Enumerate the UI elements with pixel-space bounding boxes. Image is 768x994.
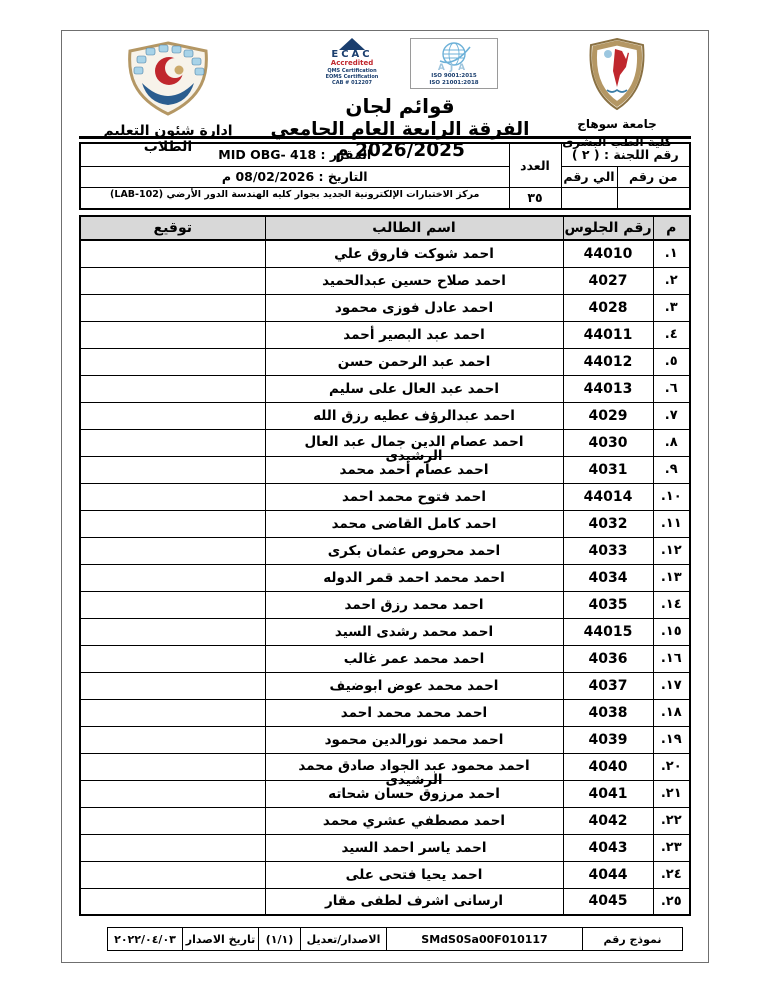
student-name-text: احمد مصطفي عشري محمد — [266, 813, 563, 829]
to-number-label: الي رقم — [561, 166, 617, 187]
seat-number-cell: 44013 — [563, 375, 653, 402]
student-name-cell: احمد فتوح محمد احمد — [265, 483, 563, 510]
seat-number-cell: 44012 — [563, 348, 653, 375]
signature-cell — [80, 267, 265, 294]
course-label: المقرر : — [321, 147, 372, 162]
seat-number-cell: 4027 — [563, 267, 653, 294]
date-cell: التاريخ : 08/02/2026 م — [80, 166, 509, 187]
signature-cell — [80, 618, 265, 645]
student-name-cell: ارسانى اشرف لطفى مقار — [265, 888, 563, 915]
table-row: ١٣. 4034 احمد محمد احمد قمر الدوله — [80, 564, 690, 591]
index-column-header: م — [653, 216, 690, 240]
count-value-cell: ٣٥ — [509, 187, 561, 209]
row-index-cell: ٢. — [653, 267, 690, 294]
committee-number-cell: رقم اللجنة : ( ٢ ) — [561, 143, 690, 166]
signature-cell — [80, 294, 265, 321]
from-number-label: من رقم — [617, 166, 690, 187]
student-name-cell: احمد ياسر احمد السيد — [265, 834, 563, 861]
page-header: جامعة سوهاج كلية الطب البشرى ECAC Accred… — [79, 31, 691, 136]
signature-cell — [80, 510, 265, 537]
student-name-text: احمد محمود عبد الجواد صادق محمد الرشيدى — [266, 759, 563, 788]
student-name-text: احمد عادل فوزى محمود — [266, 300, 563, 316]
row-index-cell: ٧. — [653, 402, 690, 429]
signature-cell — [80, 888, 265, 915]
row-index-cell: ٢٣. — [653, 834, 690, 861]
student-name-cell: احمد عصام الدين جمال عبد العال الرشيدى — [265, 429, 563, 456]
student-name-cell: احمد محمد احمد قمر الدوله — [265, 564, 563, 591]
student-name-text: احمد كامل القاضى محمد — [266, 516, 563, 532]
student-name-cell: احمد محمد عمر غالب — [265, 645, 563, 672]
student-name-text: احمد محمد احمد قمر الدوله — [266, 570, 563, 586]
course-code: MID OBG- 418 — [218, 147, 316, 162]
student-name-text: احمد محمد عوض ابوضيف — [266, 678, 563, 694]
row-index-cell: ٢٠. — [653, 753, 690, 780]
row-index-cell: ١٣. — [653, 564, 690, 591]
row-index-cell: ٢١. — [653, 780, 690, 807]
row-index-cell: ٦. — [653, 375, 690, 402]
student-name-cell: احمد عبد البصير أحمد — [265, 321, 563, 348]
student-name-text: احمد محمد محمد احمد — [266, 705, 563, 721]
row-index-cell: ٢٢. — [653, 807, 690, 834]
student-name-cell: احمد كامل القاضى محمد — [265, 510, 563, 537]
seat-number-cell: 44015 — [563, 618, 653, 645]
exam-center-cell: مركز الاختبارات الإلكترونية الجديد بجوار… — [80, 187, 509, 209]
students-tbody: ١. 44010 احمد شوكت فاروق علي ٢. 4027 احم… — [80, 240, 690, 915]
seat-number-cell: 4029 — [563, 402, 653, 429]
seat-number-cell: 4028 — [563, 294, 653, 321]
seat-number-cell: 4041 — [563, 780, 653, 807]
students-table: م رقم الجلوس اسم الطالب توقيع ١. 44010 ا… — [79, 215, 691, 916]
student-name-text: احمد شوكت فاروق علي — [266, 246, 563, 262]
seat-number-cell: 4039 — [563, 726, 653, 753]
row-index-cell: ١١. — [653, 510, 690, 537]
student-name-cell: احمد محمد عوض ابوضيف — [265, 672, 563, 699]
signature-cell — [80, 321, 265, 348]
seat-number-cell: 4036 — [563, 645, 653, 672]
signature-cell — [80, 564, 265, 591]
signature-cell — [80, 375, 265, 402]
ecac-subtitle: Accredited — [302, 60, 402, 68]
seat-number-cell: 4038 — [563, 699, 653, 726]
row-index-cell: ١٤. — [653, 591, 690, 618]
student-name-text: احمد محمد رزق احمد — [266, 597, 563, 613]
seat-number-cell: 4042 — [563, 807, 653, 834]
table-row: ١٩. 4039 احمد محمد نورالدين محمود — [80, 726, 690, 753]
table-row: ١١. 4032 احمد كامل القاضى محمد — [80, 510, 690, 537]
student-name-text: احمد محمد نورالدين محمود — [266, 732, 563, 748]
row-index-cell: ١٢. — [653, 537, 690, 564]
signature-cell — [80, 456, 265, 483]
row-index-cell: ١٨. — [653, 699, 690, 726]
table-row: ١٤. 4035 احمد محمد رزق احمد — [80, 591, 690, 618]
exam-center-code: (LAB-102) — [110, 189, 163, 200]
student-name-cell: احمد عبدالرؤف عطيه رزق الله — [265, 402, 563, 429]
row-index-cell: ١. — [653, 240, 690, 267]
table-row: ١٨. 4038 احمد محمد محمد احمد — [80, 699, 690, 726]
table-row: ١٧. 4037 احمد محمد عوض ابوضيف — [80, 672, 690, 699]
signature-cell — [80, 645, 265, 672]
table-row: ٢٥. 4045 ارسانى اشرف لطفى مقار — [80, 888, 690, 915]
signature-cell — [80, 240, 265, 267]
signature-cell — [80, 753, 265, 780]
issue-date-label: تاريخ الاصدار — [183, 928, 259, 951]
aja-line-2: ISO 21001:2018 — [413, 80, 495, 87]
seat-number-cell: 44010 — [563, 240, 653, 267]
table-row: ١. 44010 احمد شوكت فاروق علي — [80, 240, 690, 267]
row-index-cell: ١٥. — [653, 618, 690, 645]
signature-cell — [80, 834, 265, 861]
student-name-text: احمد عبد الرحمن حسن — [266, 354, 563, 370]
row-index-cell: ١٠. — [653, 483, 690, 510]
student-name-cell: احمد عادل فوزى محمود — [265, 294, 563, 321]
signature-cell — [80, 348, 265, 375]
issue-date-value: ٢٠٢٢/٠٤/٠٣ — [108, 928, 183, 951]
student-name-text: احمد محمد رشدى السيد — [266, 624, 563, 640]
student-name-cell: احمد محمد رشدى السيد — [265, 618, 563, 645]
ecac-line-3: CAB # 012207 — [302, 80, 402, 86]
student-name-text: احمد يحيا فتحى على — [266, 867, 563, 883]
seat-number-cell: 4030 — [563, 429, 653, 456]
seat-number-cell: 4044 — [563, 861, 653, 888]
student-name-cell: احمد محمد نورالدين محمود — [265, 726, 563, 753]
table-row: ٢٣. 4043 احمد ياسر احمد السيد — [80, 834, 690, 861]
student-name-text: احمد صلاح حسين عبدالحميد — [266, 273, 563, 289]
to-number-value — [561, 187, 617, 209]
signature-cell — [80, 402, 265, 429]
signature-cell — [80, 429, 265, 456]
row-index-cell: ٨. — [653, 429, 690, 456]
aja-iso-logo: AJA ISO 9001:2015 ISO 21001:2018 — [410, 38, 498, 89]
seat-number-cell: 4043 — [563, 834, 653, 861]
date-value: 08/02/2026 — [235, 169, 314, 184]
student-name-text: احمد عصام الدين جمال عبد العال الرشيدى — [266, 435, 563, 464]
header-center: ECAC Accredited QMS Certification EOMS C… — [257, 31, 543, 161]
seat-number-cell: 4033 — [563, 537, 653, 564]
student-name-cell: احمد صلاح حسين عبدالحميد — [265, 267, 563, 294]
seat-number-cell: 4037 — [563, 672, 653, 699]
aja-line-1: ISO 9001:2015 — [413, 73, 495, 80]
table-row: ١٢. 4033 احمد محروص عثمان بكرى — [80, 537, 690, 564]
signature-cell — [80, 591, 265, 618]
from-number-value — [617, 187, 690, 209]
table-row: ٦. 44013 احمد عبد العال على سليم — [80, 375, 690, 402]
form-footer-table: نموذج رقم SMdS0Sa00F010117 الاصدار/تعديل… — [107, 927, 683, 951]
student-name-text: احمد عبدالرؤف عطيه رزق الله — [266, 408, 563, 424]
table-row: ٣. 4028 احمد عادل فوزى محمود — [80, 294, 690, 321]
row-index-cell: ٩. — [653, 456, 690, 483]
faculty-medicine-logo-icon — [122, 102, 214, 121]
signature-cell — [80, 807, 265, 834]
student-name-text: احمد عبد العال على سليم — [266, 381, 563, 397]
seat-number-cell: 4040 — [563, 753, 653, 780]
exam-center-text: مركز الاختبارات الإلكترونية الجديد بجوار… — [166, 189, 479, 200]
seat-number-cell: 4045 — [563, 888, 653, 915]
seat-column-header: رقم الجلوس — [563, 216, 653, 240]
student-name-cell: احمد محمود عبد الجواد صادق محمد الرشيدى — [265, 753, 563, 780]
admin-block: إدارة شئون التعليم الطلاب — [79, 31, 257, 155]
seat-number-cell: 44011 — [563, 321, 653, 348]
student-name-text: احمد محروص عثمان بكرى — [266, 543, 563, 559]
row-index-cell: ٥. — [653, 348, 690, 375]
table-row: ١٠. 44014 احمد فتوح محمد احمد — [80, 483, 690, 510]
table-row: ٨. 4030 احمد عصام الدين جمال عبد العال ا… — [80, 429, 690, 456]
signature-cell — [80, 537, 265, 564]
table-row: ٢. 4027 احمد صلاح حسين عبدالحميد — [80, 267, 690, 294]
table-row: ٥. 44012 احمد عبد الرحمن حسن — [80, 348, 690, 375]
signature-column-header: توقيع — [80, 216, 265, 240]
table-row: ١٦. 4036 احمد محمد عمر غالب — [80, 645, 690, 672]
signature-cell — [80, 672, 265, 699]
signature-cell — [80, 861, 265, 888]
student-name-cell: احمد شوكت فاروق علي — [265, 240, 563, 267]
student-name-cell: احمد محمد محمد احمد — [265, 699, 563, 726]
form-serial: SMdS0Sa00F010117 — [421, 933, 547, 946]
page-title: قوائم لجان — [257, 94, 543, 118]
table-row: ٢٠. 4040 احمد محمود عبد الجواد صادق محمد… — [80, 753, 690, 780]
form-number-label: نموذج رقم — [583, 928, 683, 951]
page-frame: جامعة سوهاج كلية الطب البشرى ECAC Accred… — [61, 30, 709, 963]
name-column-header: اسم الطالب — [265, 216, 563, 240]
university-block: جامعة سوهاج كلية الطب البشرى — [543, 31, 691, 150]
student-name-cell: احمد عبد العال على سليم — [265, 375, 563, 402]
row-index-cell: ٢٥. — [653, 888, 690, 915]
student-name-cell: احمد محمد رزق احمد — [265, 591, 563, 618]
form-number-value: SMdS0Sa00F010117 — [387, 928, 583, 951]
signature-cell — [80, 483, 265, 510]
signature-cell — [80, 780, 265, 807]
university-name: جامعة سوهاج — [543, 117, 691, 133]
row-index-cell: ١٩. — [653, 726, 690, 753]
signature-cell — [80, 726, 265, 753]
student-name-cell: احمد يحيا فتحى على — [265, 861, 563, 888]
seat-number-cell: 44014 — [563, 483, 653, 510]
date-label: التاريخ : — [319, 169, 368, 184]
student-name-text: ارسانى اشرف لطفى مقار — [266, 893, 563, 909]
sohag-university-logo-icon — [584, 96, 650, 115]
row-index-cell: ٢٤. — [653, 861, 690, 888]
student-name-cell: احمد مصطفي عشري محمد — [265, 807, 563, 834]
table-row: ٢٢. 4042 احمد مصطفي عشري محمد — [80, 807, 690, 834]
seat-number-cell: 4034 — [563, 564, 653, 591]
seat-number-cell: 4032 — [563, 510, 653, 537]
row-index-cell: ١٦. — [653, 645, 690, 672]
student-name-cell: احمد عبد الرحمن حسن — [265, 348, 563, 375]
table-row: ١٥. 44015 احمد محمد رشدى السيد — [80, 618, 690, 645]
seat-number-cell: 4031 — [563, 456, 653, 483]
accreditation-logos: ECAC Accredited QMS Certification EOMS C… — [257, 38, 543, 92]
row-index-cell: ٣. — [653, 294, 690, 321]
ecac-accreditation-logo: ECAC Accredited QMS Certification EOMS C… — [302, 38, 402, 86]
signature-cell — [80, 699, 265, 726]
students-table-header-row: م رقم الجلوس اسم الطالب توقيع — [80, 216, 690, 240]
student-name-text: احمد عبد البصير أحمد — [266, 327, 563, 343]
seat-number-cell: 4035 — [563, 591, 653, 618]
table-row: ٢٤. 4044 احمد يحيا فتحى على — [80, 861, 690, 888]
student-name-text: احمد محمد عمر غالب — [266, 651, 563, 667]
table-row: ٤. 44011 احمد عبد البصير أحمد — [80, 321, 690, 348]
row-index-cell: ١٧. — [653, 672, 690, 699]
issue-value: (١/١) — [259, 928, 301, 951]
student-name-cell: احمد محروص عثمان بكرى — [265, 537, 563, 564]
student-name-text: احمد ياسر احمد السيد — [266, 840, 563, 856]
table-row: ٧. 4029 احمد عبدالرؤف عطيه رزق الله — [80, 402, 690, 429]
date-suffix: م — [222, 169, 231, 184]
row-index-cell: ٤. — [653, 321, 690, 348]
student-name-text: احمد فتوح محمد احمد — [266, 489, 563, 505]
issue-label: الاصدار/تعديل — [301, 928, 387, 951]
